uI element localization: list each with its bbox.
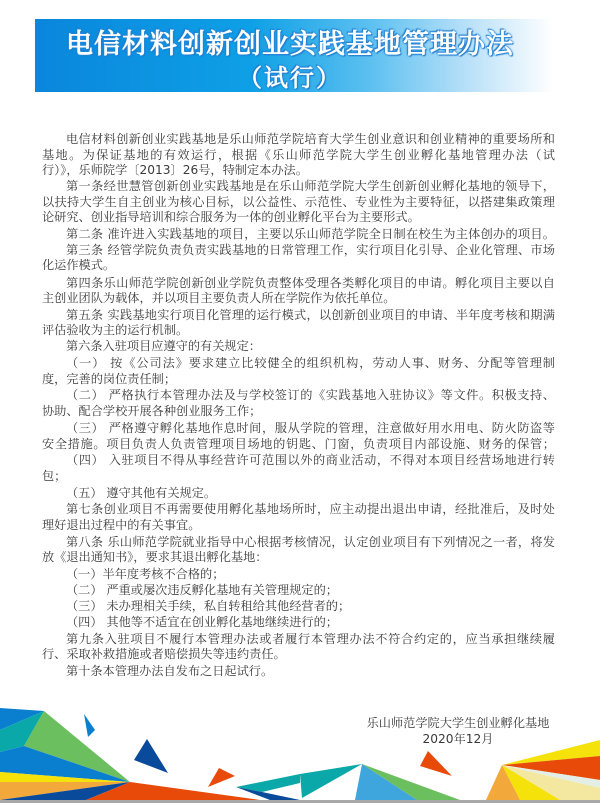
paragraph-line: 第三条 经管学院负责负责实践基地的日常管理工作，实行项目化引导、企业化管理、市场 — [66, 243, 555, 258]
paragraph-line: 放《退出通知书》，要求其退出孵化基地： — [42, 550, 555, 565]
paragraph-line: 第四条乐山师范学院创新创业学院负责整体受理各类孵化项目的申请。孵化项目主要以自 — [66, 276, 555, 291]
paragraph-line: （四） 入驻项目不得从事经营许可范围以外的商业活动，不得对本项目经营场地进行转 — [66, 453, 555, 468]
document-body: 电信材料创新创业实践基地是乐山师范学院培育大学生创业意识和创业精神的重要场所和基… — [0, 0, 600, 700]
paragraph-line: 行）》，乐师院学〔2013〕26号，特制定本办法。 — [42, 163, 555, 178]
paragraph-line: （一） 按《公司法》要求建立比较健全的组织机构，劳动人事、财务、分配等管理制 — [66, 356, 555, 371]
paragraph-line: （一）半年度考核不合格的； — [66, 567, 555, 582]
paragraph-line: 以扶持大学生自主创业为核心目标，以公益性、示范性、专业性为主要特征，以搭建集政策… — [42, 195, 555, 210]
paragraph-line: 电信材料创新创业实践基地是乐山师范学院培育大学生创业意识和创业精神的重要场所和 — [66, 132, 555, 147]
paragraph-line: 评估验收为主的运行机制。 — [42, 323, 555, 338]
paragraph-line: 行、采取补救措施或者赔偿损失等违约责任。 — [42, 647, 555, 662]
paragraph-line: 第二条 准许进入实践基地的项目，主要以乐山师范学院全日制在校生为主体创办的项目。 — [66, 227, 555, 242]
paragraph-line: 主创业团队为载体，并以项目主要负责人所在学院作为依托单位。 — [42, 291, 555, 306]
paragraph-line: （五） 遵守其他有关规定。 — [66, 486, 555, 501]
geometric-decoration — [0, 680, 600, 803]
paragraph-line: （三） 严格遵守孵化基地作息时间，服从学院的管理，注意做好用水用电、防火防盗等 — [66, 421, 555, 436]
paragraph-line: 第七条创业项目不再需要使用孵化基地场所时，应主动提出退出申请，经批准后，及时处 — [66, 502, 555, 517]
paragraph-line: 论研究、创业指导培训和综合服务为一体的创业孵化平台为主要形式。 — [42, 210, 555, 225]
paragraph-line: 基地。为保证基地的有效运行，根据《乐山师范学院大学生创业孵化基地管理办法（试 — [42, 148, 555, 163]
paragraph-line: 协助、配合学校开展各种创业服务工作； — [42, 404, 555, 419]
paragraph-line: 化运作模式。 — [42, 258, 555, 273]
paragraph-line: （二） 严格执行本管理办法及与学校签订的《实践基地入驻协议》等文件。积极支持、 — [66, 388, 555, 403]
paragraph-line: （四） 其他等不适宜在创业孵化基地继续进行的； — [66, 615, 555, 630]
paragraph-line: 包； — [42, 469, 555, 484]
paragraph-line: 第一条经世慧管创新创业实践基地是在乐山师范学院大学生创新创业孵化基地的领导下， — [66, 179, 555, 194]
paragraph-line: 安全措施。项目负责人负责管理项目场地的钥匙、门窗，负责项目内部设施、财务的保管； — [42, 437, 555, 452]
paragraph-line: 第九条入驻项目不履行本管理办法或者履行本管理办法不符合约定的，应当承担继续履 — [66, 632, 555, 647]
paragraph-line: 第十条本管理办法自发布之日起试行。 — [66, 664, 555, 679]
paragraph-line: （二） 严重或屡次违反孵化基地有关管理规定的； — [66, 583, 555, 598]
paragraph-line: 第五条 实践基地实行项目化管理的运行模式，以创新创业项目的申请、半年度考核和期满 — [66, 308, 555, 323]
paragraph-line: 度，完善的岗位责任制； — [42, 372, 555, 387]
paragraph-line: 理好退出过程中的有关事宜。 — [42, 518, 555, 533]
paragraph-line: 第六条入驻项目应遵守的有关规定： — [66, 339, 555, 354]
paragraph-line: （三） 未办理相关手续，私自转租给其他经营者的； — [66, 599, 555, 614]
paragraph-line: 第八条 乐山师范学院就业指导中心根据考核情况，认定创业项目有下列情况之一者，将发 — [66, 535, 555, 550]
